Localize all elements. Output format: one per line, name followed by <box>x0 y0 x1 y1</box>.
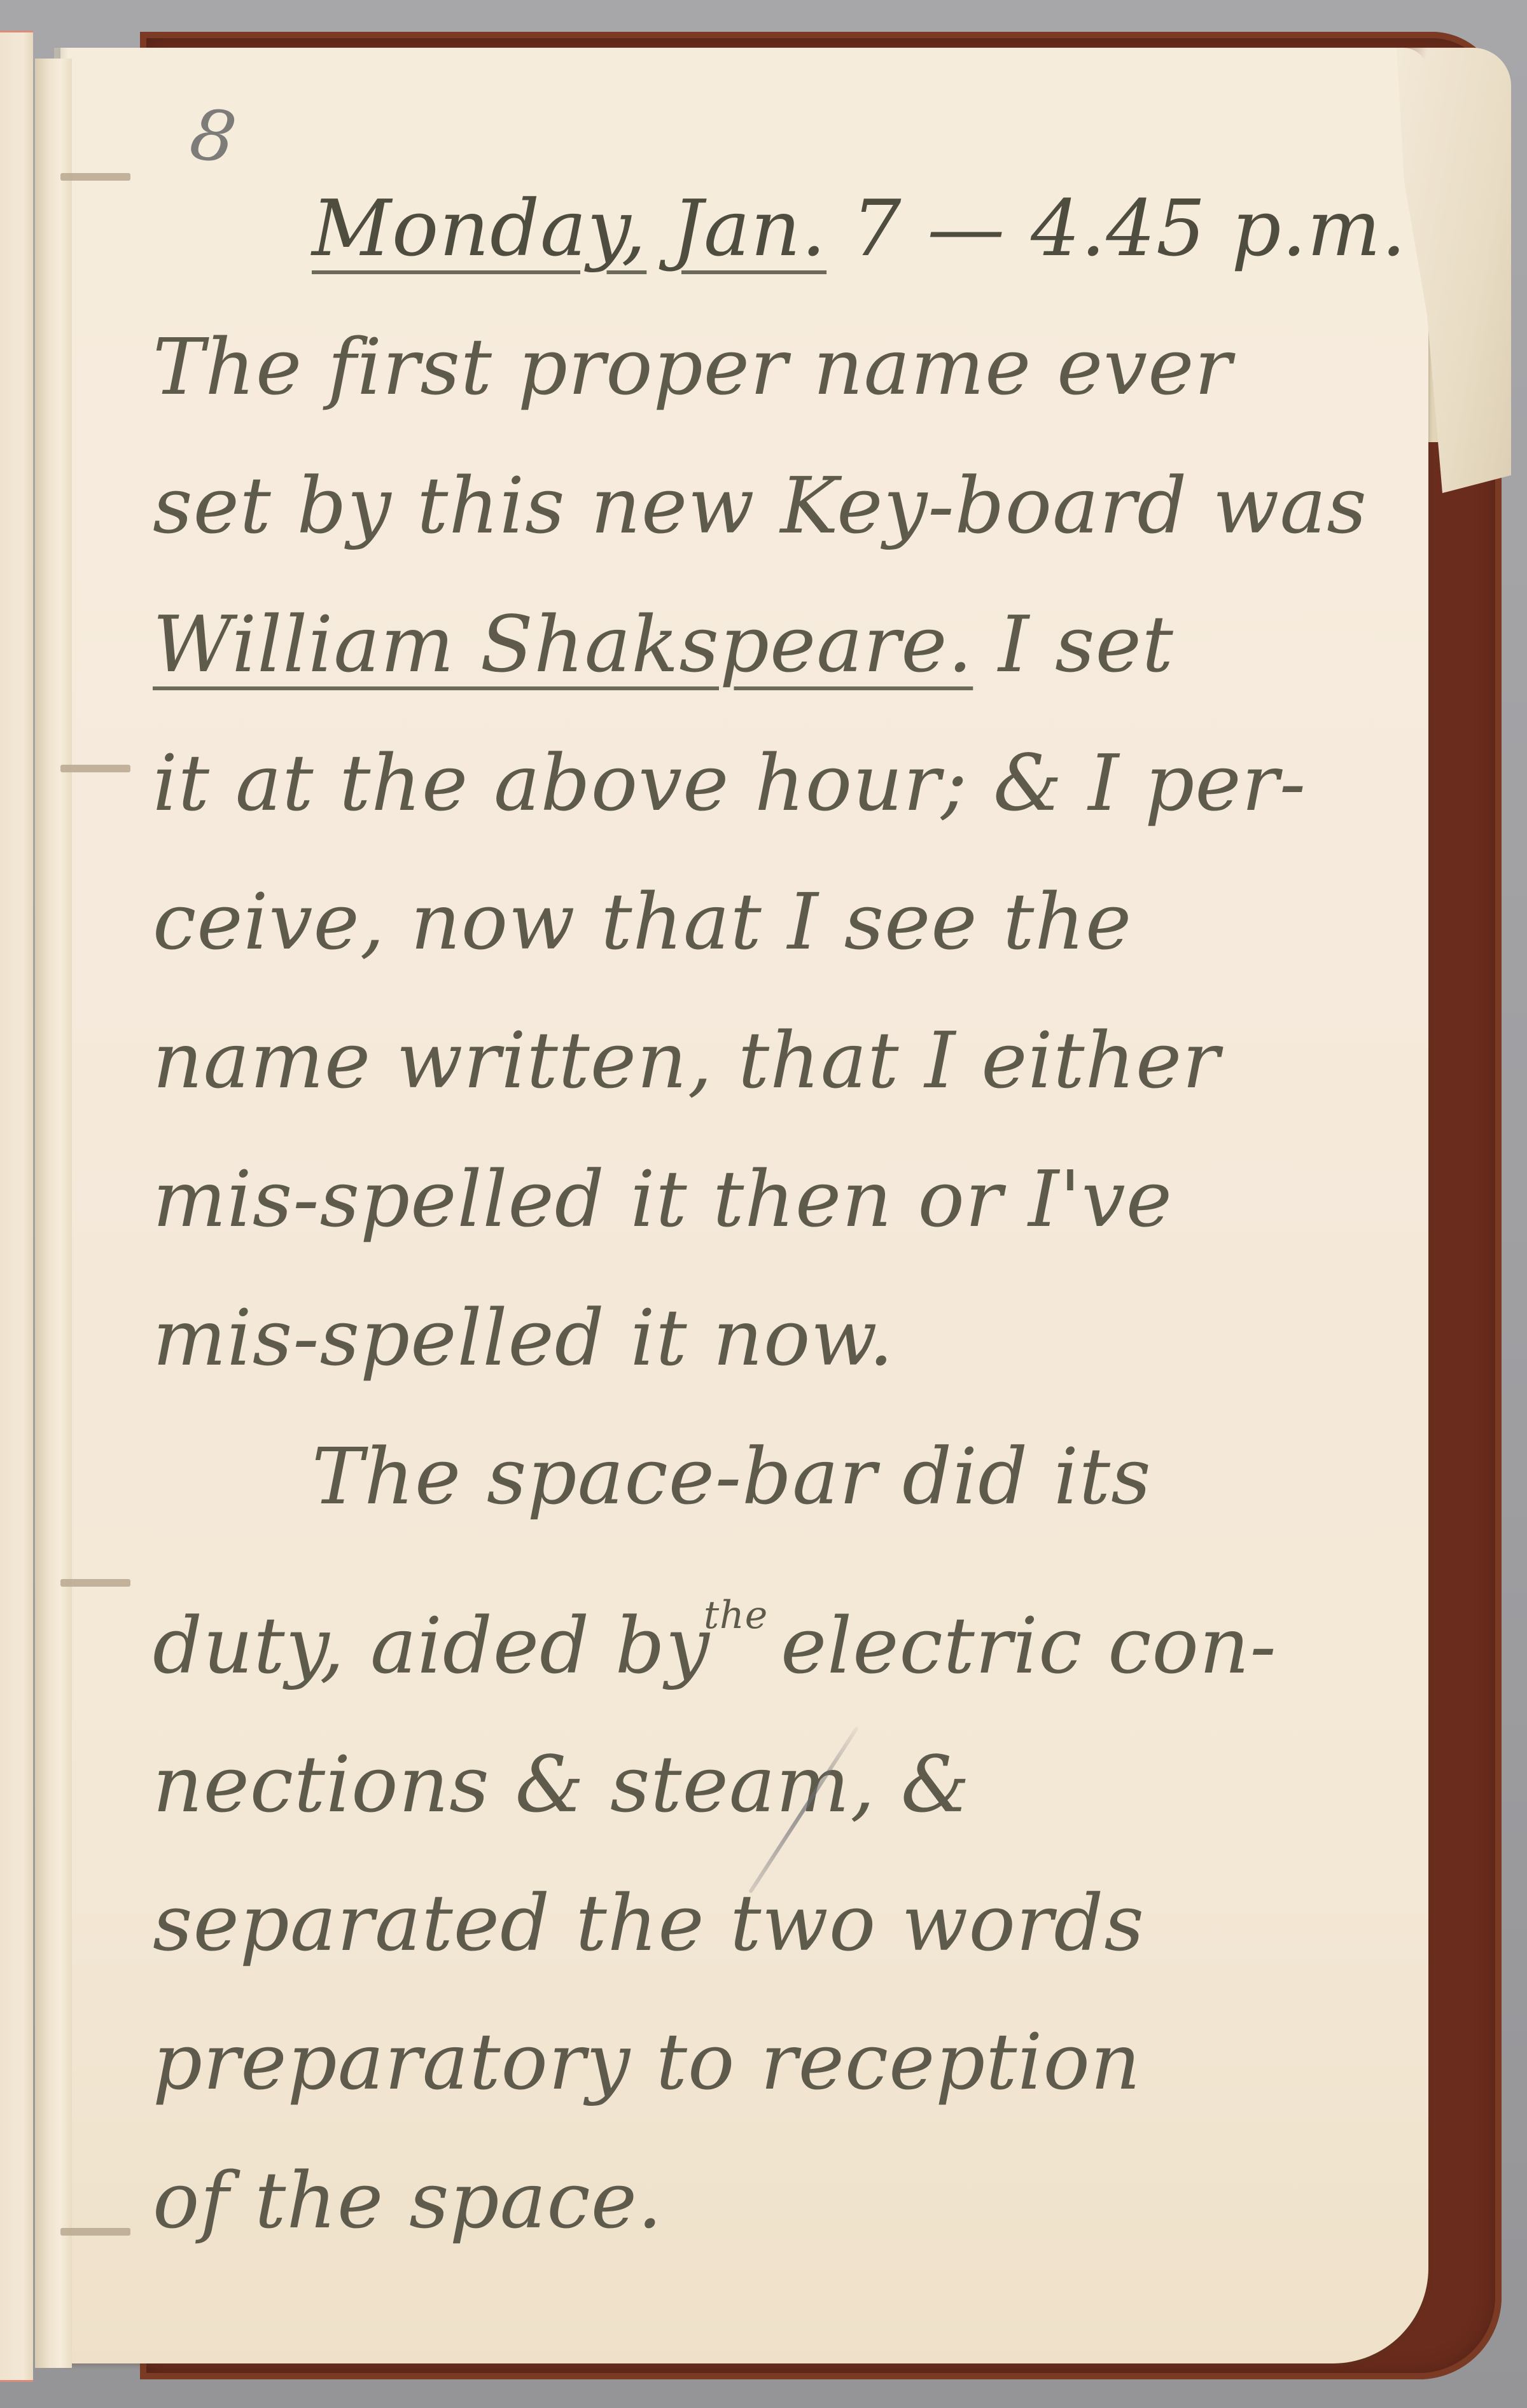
text-line: it at the above hour; & I per- <box>153 714 1438 853</box>
heading-day: Monday, <box>312 183 646 274</box>
heading-date-time: 7 — 4.45 p.m. <box>852 183 1407 274</box>
binding-gutter <box>35 59 72 2368</box>
text-line: William Shakspeare. I set <box>153 575 1438 714</box>
text-line: mis-spelled it then or I've <box>153 1130 1438 1269</box>
previous-page-edge <box>0 31 33 2382</box>
heading-month: Jan. <box>672 183 826 274</box>
handwritten-entry: Monday, Jan. 7 — 4.45 p.m. The first pro… <box>153 159 1438 2270</box>
text-line-head: duty, aided by <box>153 1601 710 1691</box>
text-line: The first proper name ever <box>153 298 1438 436</box>
text-line: name written, that I either <box>153 991 1438 1130</box>
text-line: nections & steam, & <box>153 1715 1438 1854</box>
binding-stitch <box>60 173 130 181</box>
text-line: duty, aided bythe electric con- <box>153 1546 1438 1715</box>
text-line: mis-spelled it now. <box>153 1269 1438 1407</box>
binding-stitch <box>60 765 130 772</box>
binding-stitch <box>60 1579 130 1587</box>
entry-heading: Monday, Jan. 7 — 4.45 p.m. <box>153 159 1438 298</box>
text-line-tail: electric con- <box>755 1601 1277 1691</box>
text-line: ceive, now that I see the <box>153 853 1438 991</box>
underlined-name: William Shakspeare. <box>153 599 973 690</box>
binding-stitch <box>60 2228 130 2236</box>
text-line: separated the two words <box>153 1854 1438 1993</box>
text-line: preparatory to reception <box>153 1993 1438 2131</box>
text-line: The space-bar did its <box>153 1407 1438 1546</box>
text-line: of the space. <box>153 2131 1438 2270</box>
scan-background: 8 Monday, Jan. 7 — 4.45 p.m. The first p… <box>0 0 1527 2408</box>
text-line-tail: I set <box>973 599 1174 690</box>
text-line: set by this new Key-board was <box>153 436 1438 575</box>
